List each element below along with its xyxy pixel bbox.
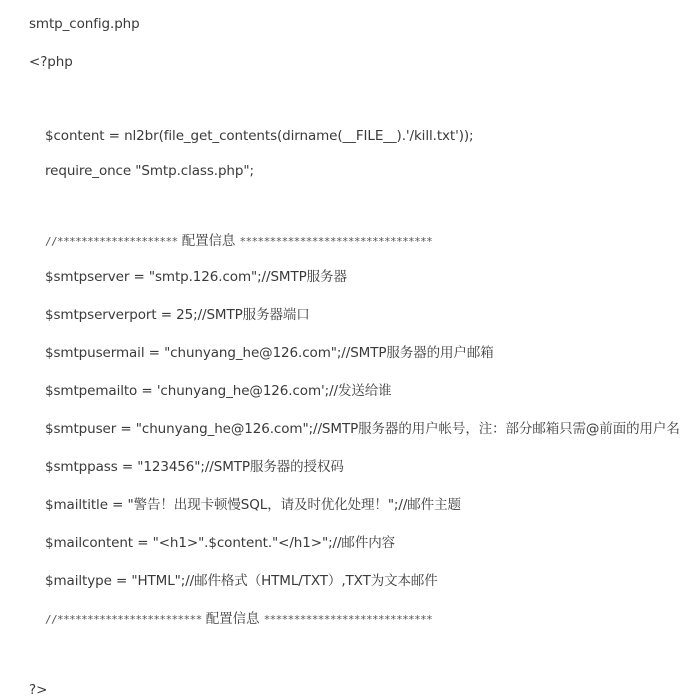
code-line-mailcontent: $mailcontent = "<h1>".$content."</h1>";/… xyxy=(45,534,395,552)
comment-banner-bottom: //************************ 配置信息 ********… xyxy=(45,610,432,629)
php-close-tag: ?> xyxy=(29,681,47,699)
comment-banner-top: //******************** 配置信息 ************… xyxy=(45,232,432,251)
code-line-smtppass: $smtppass = "123456";//SMTP服务器的授权码 xyxy=(45,458,344,476)
code-line-mailtype: $mailtype = "HTML";//邮件格式（HTML/TXT）,TXT为… xyxy=(45,572,438,590)
banner-suffix: **************************** xyxy=(264,613,433,626)
code-line-smtpemailto: $smtpemailto = 'chunyang_he@126.com';//发… xyxy=(45,382,392,400)
banner-label: 配置信息 xyxy=(202,611,264,627)
code-line-smtpserver: $smtpserver = "smtp.126.com";//SMTP服务器 xyxy=(45,268,347,286)
code-line-smtpusermail: $smtpusermail = "chunyang_he@126.com";//… xyxy=(45,344,494,362)
banner-suffix: ******************************** xyxy=(239,235,432,248)
code-document: smtp_config.php <?php $content = nl2br(f… xyxy=(0,0,686,699)
code-line-smtpserverport: $smtpserverport = 25;//SMTP服务器端口 xyxy=(45,306,310,324)
code-line-smtpuser: $smtpuser = "chunyang_he@126.com";//SMTP… xyxy=(45,420,680,438)
banner-prefix: //************************ xyxy=(45,613,202,626)
code-line-require: require_once "Smtp.class.php"; xyxy=(45,162,254,180)
code-line-content: $content = nl2br(file_get_contents(dirna… xyxy=(45,127,474,145)
banner-label: 配置信息 xyxy=(178,233,240,249)
banner-prefix: //******************** xyxy=(45,235,178,248)
php-open-tag: <?php xyxy=(29,53,73,71)
file-name: smtp_config.php xyxy=(29,15,140,33)
code-line-mailtitle: $mailtitle = "警告！出现卡顿慢SQL，请及时优化处理！";//邮件… xyxy=(45,496,461,514)
